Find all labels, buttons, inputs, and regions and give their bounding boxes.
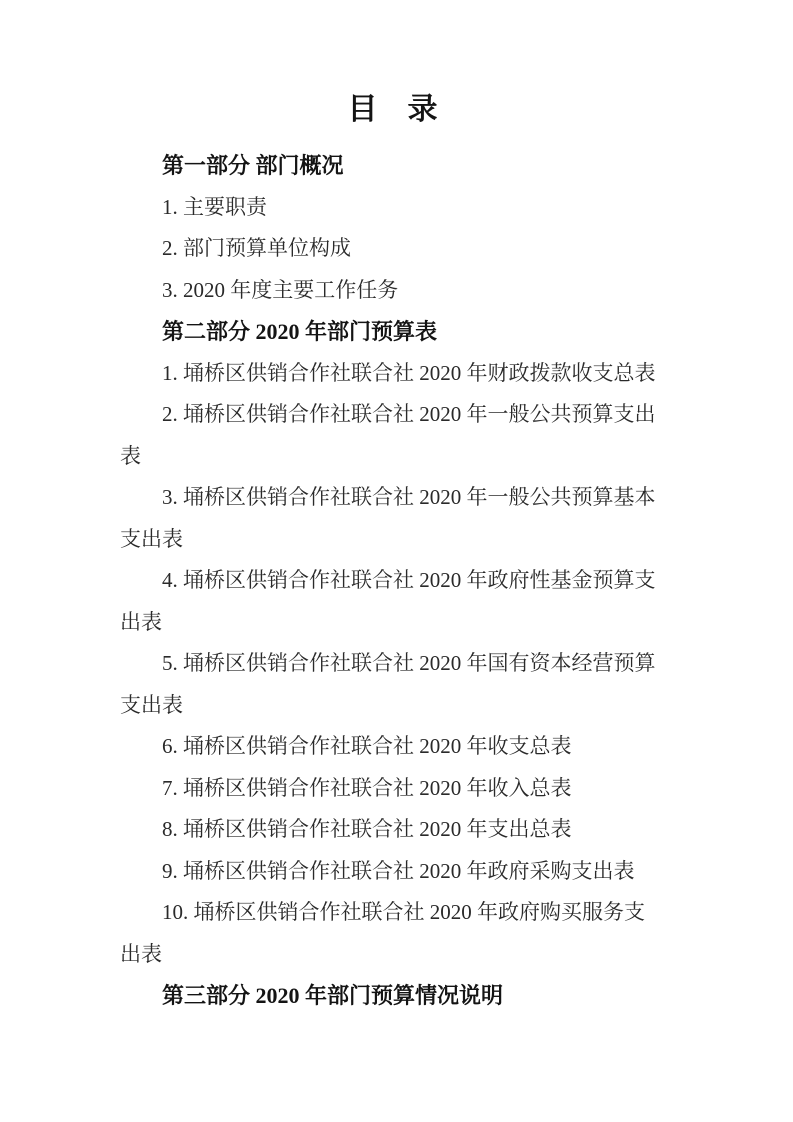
toc-item: 1. 主要职责: [120, 187, 665, 229]
section-heading-part1: 第一部分 部门概况: [120, 145, 665, 187]
toc-item: 3. 2020 年度主要工作任务: [120, 270, 665, 312]
toc-item: 6. 埇桥区供销合作社联合社 2020 年收支总表: [120, 726, 665, 768]
toc-item: 9. 埇桥区供销合作社联合社 2020 年政府采购支出表: [120, 851, 665, 893]
toc-item: 1. 埇桥区供销合作社联合社 2020 年财政拨款收支总表: [120, 353, 665, 395]
toc-item: 8. 埇桥区供销合作社联合社 2020 年支出总表: [120, 809, 665, 851]
document-page: 目 录 第一部分 部门概况 1. 主要职责 2. 部门预算单位构成 3. 202…: [0, 0, 793, 1122]
toc-item: 2. 埇桥区供销合作社联合社 2020 年一般公共预算支出表: [120, 394, 665, 477]
section-heading-part2: 第二部分 2020 年部门预算表: [120, 311, 665, 353]
toc-item: 10. 埇桥区供销合作社联合社 2020 年政府购买服务支出表: [120, 892, 665, 975]
toc-item: 7. 埇桥区供销合作社联合社 2020 年收入总表: [120, 768, 665, 810]
page-title: 目 录: [120, 90, 665, 130]
toc-item: 4. 埇桥区供销合作社联合社 2020 年政府性基金预算支出表: [120, 560, 665, 643]
section-heading-part3: 第三部分 2020 年部门预算情况说明: [120, 975, 665, 1017]
toc-item: 3. 埇桥区供销合作社联合社 2020 年一般公共预算基本支出表: [120, 477, 665, 560]
toc-item: 5. 埇桥区供销合作社联合社 2020 年国有资本经营预算支出表: [120, 643, 665, 726]
toc-item: 2. 部门预算单位构成: [120, 228, 665, 270]
